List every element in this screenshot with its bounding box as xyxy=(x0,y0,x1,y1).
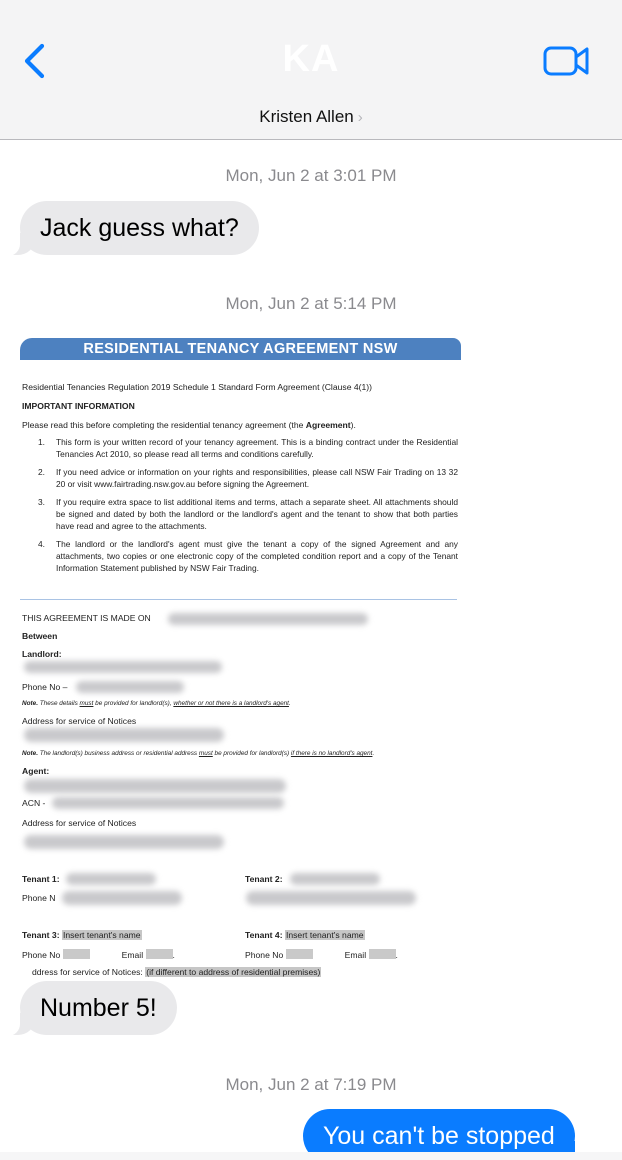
list-item: 2.If you need advice or information on y… xyxy=(22,466,458,490)
tenant-4-contact: Phone No Email . xyxy=(245,949,398,960)
landlord-phone-label: Phone No – xyxy=(22,682,67,692)
redacted-tenant-1-contact xyxy=(62,891,182,905)
between-label: Between xyxy=(22,631,57,641)
section-divider xyxy=(20,599,457,600)
information-list: 1.This form is your written record of yo… xyxy=(22,436,458,580)
tenant-4-label: Tenant 4: Insert tenant's name xyxy=(245,930,365,940)
list-item: 1.This form is your written record of yo… xyxy=(22,436,458,460)
chevron-right-icon: › xyxy=(358,109,363,126)
input-bar-edge xyxy=(0,1152,622,1160)
tenant-1-label: Tenant 1: xyxy=(22,874,60,884)
message-text: Jack guess what? xyxy=(40,214,239,242)
redacted-date xyxy=(168,613,368,625)
message-timestamp: Mon, Jun 2 at 7:19 PM xyxy=(0,1075,622,1095)
conversation-header: KA Kristen Allen› xyxy=(0,0,622,140)
agreement-made-on: THIS AGREEMENT IS MADE ON xyxy=(22,613,151,623)
intro-text: Please read this before completing the r… xyxy=(22,420,356,430)
landlord-address-note: Note. The landlord(s) business address o… xyxy=(22,750,374,757)
tenant-3-label: Tenant 3: Insert tenant's name xyxy=(22,930,142,940)
image-attachment-tenancy-agreement[interactable]: RESIDENTIAL TENANCY AGREEMENT NSW Reside… xyxy=(18,336,463,984)
redacted-tenant-2-contact xyxy=(246,891,416,905)
redacted-agent-name xyxy=(24,779,286,793)
contact-name-button[interactable]: Kristen Allen› xyxy=(0,107,622,127)
tenant-address-label: ddress for service of Notices: (if diffe… xyxy=(32,967,321,977)
important-heading: IMPORTANT INFORMATION xyxy=(22,401,135,411)
landlord-note: Note. These details must be provided for… xyxy=(22,700,291,707)
document-subtitle: Residential Tenancies Regulation 2019 Sc… xyxy=(22,382,372,392)
tenant-3-contact: Phone No Email . xyxy=(22,949,175,960)
video-camera-icon xyxy=(542,44,592,78)
document-banner: RESIDENTIAL TENANCY AGREEMENT NSW xyxy=(20,338,461,360)
message-timestamp: Mon, Jun 2 at 5:14 PM xyxy=(0,294,622,314)
redacted-agent-address xyxy=(24,835,224,849)
message-text: Number 5! xyxy=(40,994,157,1022)
contact-name: Kristen Allen xyxy=(259,107,354,126)
redacted-tenant-2-name xyxy=(290,873,380,885)
redacted-landlord-address xyxy=(24,728,224,742)
incoming-message[interactable]: Number 5! xyxy=(20,981,177,1035)
facetime-video-button[interactable] xyxy=(542,44,592,78)
landlord-address-label: Address for service of Notices xyxy=(22,716,136,726)
tenant-2-label: Tenant 2: xyxy=(245,874,283,884)
agent-acn-label: ACN - xyxy=(22,798,45,808)
incoming-message[interactable]: Jack guess what? xyxy=(20,201,259,255)
redacted-landlord-name xyxy=(24,661,222,673)
agent-label: Agent: xyxy=(22,766,49,776)
redacted-tenant-1-name xyxy=(66,873,156,885)
redacted-agent-details xyxy=(52,797,284,809)
list-item: 4.The landlord or the landlord's agent m… xyxy=(22,538,458,574)
landlord-label: Landlord: xyxy=(22,649,62,659)
tenant-1-phone-label: Phone N xyxy=(22,893,55,903)
list-item: 3.If you require extra space to list add… xyxy=(22,496,458,532)
contact-avatar[interactable]: KA xyxy=(0,38,622,81)
agent-address-label: Address for service of Notices xyxy=(22,818,136,828)
message-timestamp: Mon, Jun 2 at 3:01 PM xyxy=(0,166,622,186)
redacted-landlord-phone xyxy=(76,681,184,693)
message-text: You can't be stopped xyxy=(323,1122,555,1150)
